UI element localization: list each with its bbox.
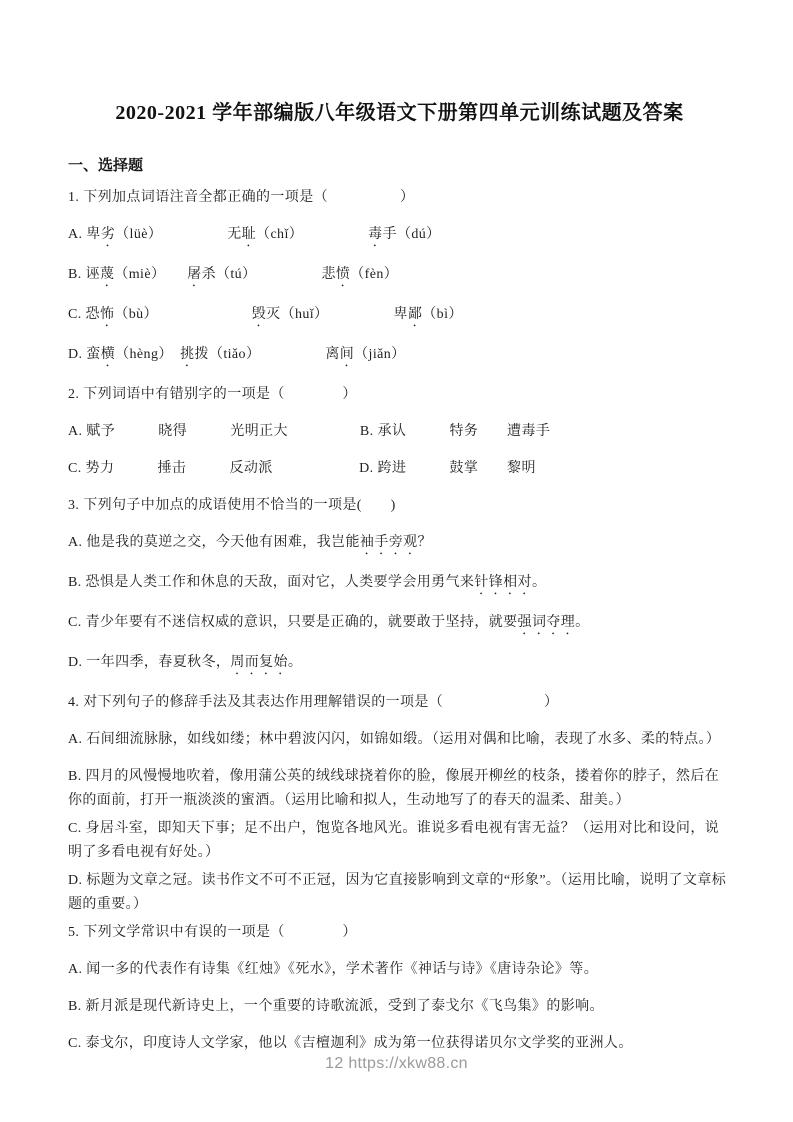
q3-option-c: C. 青少年要有不迷信权威的意识，只要是正确的，就要敢于坚持，就要强词夺理。 xyxy=(68,611,731,638)
q3-stem: 3. 下列句子中加点的成语使用不恰当的一项是( ) xyxy=(68,494,731,518)
q4-stem: 4. 对下列句子的修辞手法及其表达作用理解错误的一项是（ ） xyxy=(68,691,731,715)
q2-stem: 2. 下列词语中有错别字的一项是（ ） xyxy=(68,383,731,407)
q1-option-a: A. 卑劣（lüè） 无耻（chǐ） 毒手（dú） xyxy=(68,223,731,250)
q4-option-c: C. 身居斗室，即知天下事；足不出户，饱览各地风光。谁说多看电视有害无益？（运用… xyxy=(68,817,731,865)
q4-option-a: A. 石间细流脉脉，如线如缕；林中碧波闪闪，如锦如缎。（运用对偶和比喻，表现了水… xyxy=(68,728,731,752)
page-title: 2020-2021 学年部编版八年级语文下册第四单元训练试题及答案 xyxy=(68,100,731,126)
q2-option-row-ab: A. 赋予 晓得 光明正大 B. 承认 特务 遭毒手 xyxy=(68,420,731,444)
document-page: 2020-2021 学年部编版八年级语文下册第四单元训练试题及答案 一、选择题 … xyxy=(0,0,793,1056)
q1-stem: 1. 下列加点词语注音全都正确的一项是（ ） xyxy=(68,186,731,210)
page-footer: 12 https://xkw88.cn xyxy=(0,1054,793,1074)
footer-url: https://xkw88.cn xyxy=(348,1055,468,1072)
q1-option-d: D. 蛮横（hèng） 挑拨（tiǎo） 离间（jiǎn） xyxy=(68,343,731,370)
q3-option-a: A. 他是我的莫逆之交，今天他有困难，我岂能袖手旁观？ xyxy=(68,531,731,558)
q5-option-a: A. 闻一多的代表作有诗集《红烛》《死水》，学术著作《神话与诗》《唐诗杂论》等。 xyxy=(68,958,731,982)
q2-option-row-cd: C. 势力 捶击 反动派 D. 跨进 鼓掌 黎明 xyxy=(68,457,731,481)
q1-option-c: C. 恐怖（bù） 毁灭（huǐ） 卑鄙（bì） xyxy=(68,303,731,330)
page-number: 12 xyxy=(325,1055,343,1072)
q3-option-b: B. 恐惧是人类工作和休息的天敌，面对它，人类要学会用勇气来针锋相对。 xyxy=(68,571,731,598)
q4-option-d: D. 标题为文章之冠。读书作文不可不正冠，因为它直接影响到文章的“形象”。（运用… xyxy=(68,869,731,917)
q3-option-d: D. 一年四季，春夏秋冬，周而复始。 xyxy=(68,651,731,678)
q1-option-b: B. 诬蔑（miè） 屠杀（tú） 悲愤（fèn） xyxy=(68,263,731,290)
q4-option-b: B. 四月的风慢慢地吹着，像用蒲公英的绒线球挠着你的脸，像展开柳丝的枝条，搂着你… xyxy=(68,765,731,813)
q5-stem: 5. 下列文学常识中有误的一项是（ ） xyxy=(68,921,731,945)
q5-option-c: C. 泰戈尔，印度诗人文学家，他以《吉檀迦利》成为第一位获得诺贝尔文学奖的亚洲人… xyxy=(68,1032,731,1056)
section-heading: 一、选择题 xyxy=(68,156,731,177)
q5-option-b: B. 新月派是现代新诗史上，一个重要的诗歌流派，受到了泰戈尔《飞鸟集》的影响。 xyxy=(68,995,731,1019)
